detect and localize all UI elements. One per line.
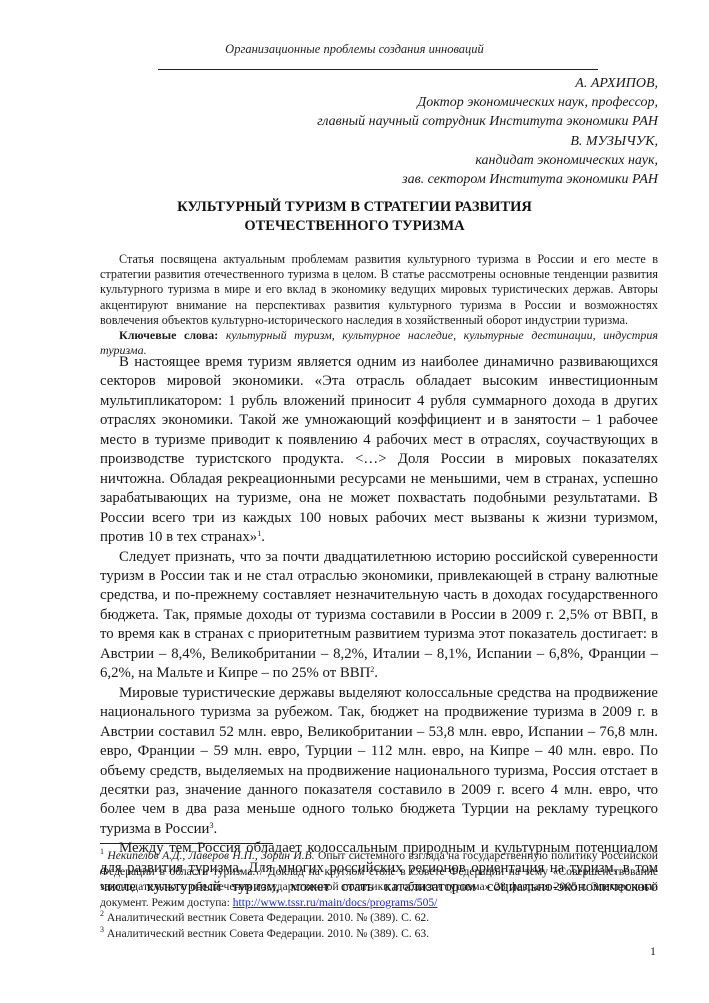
abstract: Статья посвящена актуальным проблемам ра… [100,252,658,358]
author-name: А. АРХИПОВ, [317,74,658,93]
body-text: В настоящее время туризм является одним … [100,353,658,898]
paragraph: В настоящее время туризм является одним … [100,353,658,548]
paragraph-text: Мировые туристические державы выделяют к… [100,685,658,837]
footnote-text: Аналитический вестник Совета Федерации. … [104,927,429,940]
punctuation: . [374,665,378,681]
article-title: КУЛЬТУРНЫЙ ТУРИЗМ В СТРАТЕГИИ РАЗВИТИЯ О… [0,198,709,236]
title-line: ОТЕЧЕСТВЕННОГО ТУРИЗМА [0,217,709,236]
author-affiliation: главный научный сотрудник Института экон… [317,112,658,131]
title-line: КУЛЬТУРНЫЙ ТУРИЗМ В СТРАТЕГИИ РАЗВИТИЯ [0,198,709,217]
footnote: 2 Аналитический вестник Совета Федерации… [100,910,658,926]
author-affiliation: кандидат экономических наук, [317,151,658,170]
footnote-link[interactable]: http://www.tssr.ru/main/docs/programs/50… [233,896,438,909]
document-page: Организационные проблемы создания иннова… [0,0,709,1003]
paragraph: Мировые туристические державы выделяют к… [100,684,658,840]
footnote-number: 1 [100,847,104,856]
footnote-authors: Некипелов А.Д., Лаверов Н.П., Зорин И.В. [107,849,314,862]
footnote-rule [100,843,273,844]
footnote: 1 Некипелов А.Д., Лаверов Н.П., Зорин И.… [100,848,658,910]
footnote-text: Аналитический вестник Совета Федерации. … [104,911,429,924]
abstract-text: Статья посвящена актуальным проблемам ра… [100,252,658,328]
running-head: Организационные проблемы создания иннова… [0,42,709,57]
author-name: В. МУЗЫЧУК, [317,132,658,151]
paragraph-text: В настоящее время туризм является одним … [100,354,658,545]
paragraph-text: Следует признать, что за почти двадцатил… [100,549,658,682]
paragraph: Следует признать, что за почти двадцатил… [100,548,658,684]
page-number: 1 [650,944,656,959]
punctuation: . [213,821,217,837]
punctuation: . [261,529,265,545]
footnote: 3 Аналитический вестник Совета Федерации… [100,926,658,942]
author-affiliation: Доктор экономических наук, профессор, [317,93,658,112]
header-rule [158,69,598,70]
footnotes: 1 Некипелов А.Д., Лаверов Н.П., Зорин И.… [100,848,658,942]
author-block: А. АРХИПОВ, Доктор экономических наук, п… [317,74,658,189]
keywords-label: Ключевые слова: [119,328,218,342]
author-affiliation: зав. сектором Института экономики РАН [317,170,658,189]
